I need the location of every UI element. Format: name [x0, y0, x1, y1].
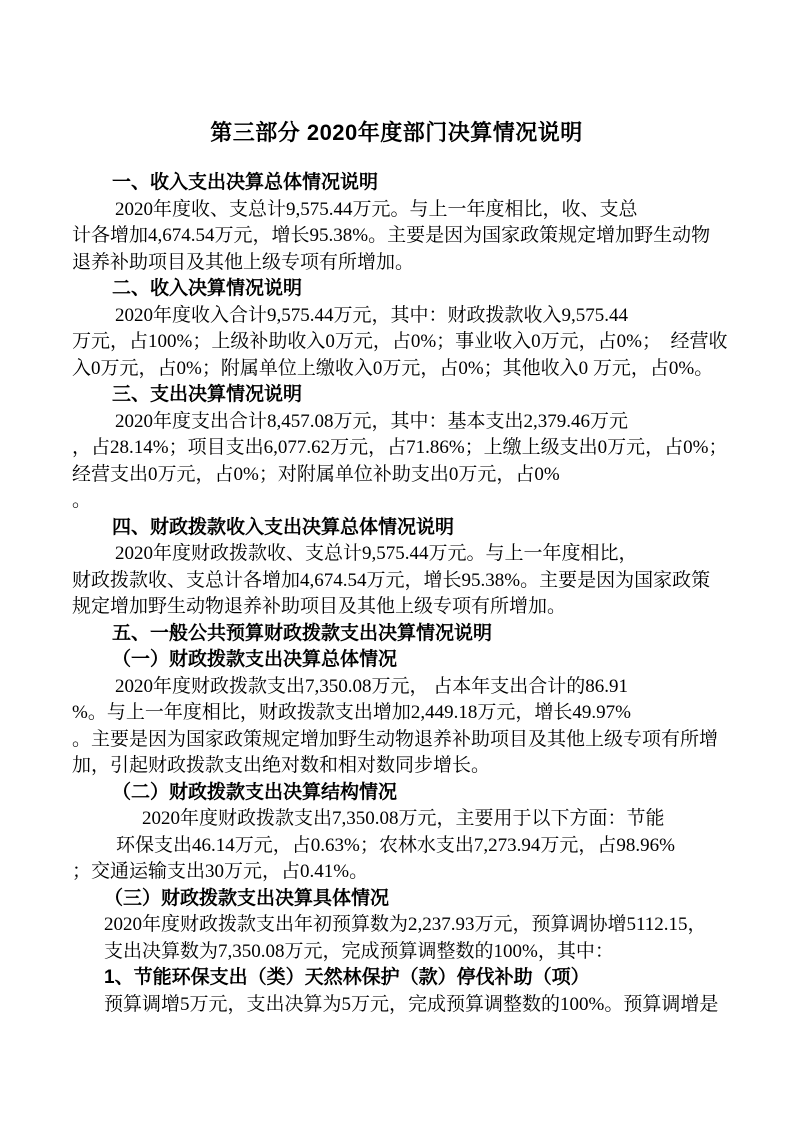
section-heading-fiscal-allocation-overview: 四、财政拨款收入支出决算总体情况说明 [72, 515, 729, 542]
paragraph-line: 支出决算数为7,350.08万元，完成预算调整数的100%，其中： [72, 939, 729, 966]
section-heading-expense-final: 三、支出决算情况说明 [72, 382, 729, 409]
paragraph-line: 。 [72, 488, 729, 515]
paragraph-line: 环保支出46.14万元，占0.63%；农林水支出7,273.94万元，占98.9… [72, 833, 729, 860]
subsection-heading-expense-detail: （三）财政拨款支出决算具体情况 [72, 886, 729, 913]
paragraph-line: 经营支出0万元，占0%；对附属单位补助支出0万元，占0% [72, 462, 729, 489]
paragraph-line: 2020年度支出合计8,457.08万元，其中：基本支出2,379.46万元 [72, 409, 729, 436]
paragraph-line: 。主要是因为国家政策规定增加野生动物退养补助项目及其他上级专项有所增 [72, 727, 729, 754]
paragraph-line: 2020年度收、支总计9,575.44万元。与上一年度相比，收、支总 [72, 197, 729, 224]
paragraph-line: 规定增加野生动物退养补助项目及其他上级专项有所增加。 [72, 594, 729, 621]
section-heading-income-expense-overview: 一、收入支出决算总体情况说明 [72, 170, 729, 197]
section-heading-income-final: 二、收入决算情况说明 [72, 276, 729, 303]
paragraph-line: 入0万元，占0%；附属单位上缴收入0万元，占0%；其他收入0 万元，占0%。 [72, 356, 729, 383]
item-heading-energy-environment-expense: 1、节能环保支出（类）天然林保护（款）停伐补助（项） [72, 965, 729, 992]
paragraph-line: %。与上一年度相比，财政拨款支出增加2,449.18万元，增长49.97% [72, 700, 729, 727]
paragraph-line: 万元，占100%；上级补助收入0万元，占0%；事业收入0万元，占0%； 经营收 [72, 329, 729, 356]
section-heading-public-budget-expense: 五、一般公共预算财政拨款支出决算情况说明 [72, 621, 729, 648]
paragraph-line: 加，引起财政拨款支出绝对数和相对数同步增长。 [72, 753, 729, 780]
paragraph-line: 2020年度财政拨款收、支总计9,575.44万元。与上一年度相比， [72, 541, 729, 568]
paragraph-line: 2020年度收入合计9,575.44万元，其中：财政拨款收入9,575.44 [72, 303, 729, 330]
paragraph-line: 预算调增5万元，支出决算为5万元，完成预算调整数的100%。预算调增是 [72, 992, 729, 1019]
paragraph-line: 退养补助项目及其他上级专项有所增加。 [72, 250, 729, 277]
subsection-heading-expense-overall: （一）财政拨款支出决算总体情况 [72, 647, 729, 674]
paragraph-line: ，占28.14%；项目支出6,077.62万元，占71.86%；上缴上级支出0万… [72, 435, 729, 462]
paragraph-line: 2020年度财政拨款支出7,350.08万元，主要用于以下方面：节能 [72, 806, 729, 833]
paragraph-line: 财政拨款收、支总计各增加4,674.54万元，增长95.38%。主要是因为国家政… [72, 568, 729, 595]
paragraph-line: ；交通运输支出30万元，占0.41%。 [72, 859, 729, 886]
paragraph-line: 计各增加4,674.54万元，增长95.38%。主要是因为国家政策规定增加野生动… [72, 223, 729, 250]
document-body: 一、收入支出决算总体情况说明 2020年度收、支总计9,575.44万元。与上一… [0, 170, 793, 1018]
document-page: 第三部分 2020年度部门决算情况说明 一、收入支出决算总体情况说明 2020年… [0, 0, 793, 1122]
paragraph-line: 2020年度财政拨款支出年初预算数为2,237.93万元，预算调协增5112.1… [72, 912, 729, 939]
document-title: 第三部分 2020年度部门决算情况说明 [0, 0, 793, 148]
paragraph-line: 2020年度财政拨款支出7,350.08万元， 占本年支出合计的86.91 [72, 674, 729, 701]
subsection-heading-expense-structure: （二）财政拨款支出决算结构情况 [72, 780, 729, 807]
